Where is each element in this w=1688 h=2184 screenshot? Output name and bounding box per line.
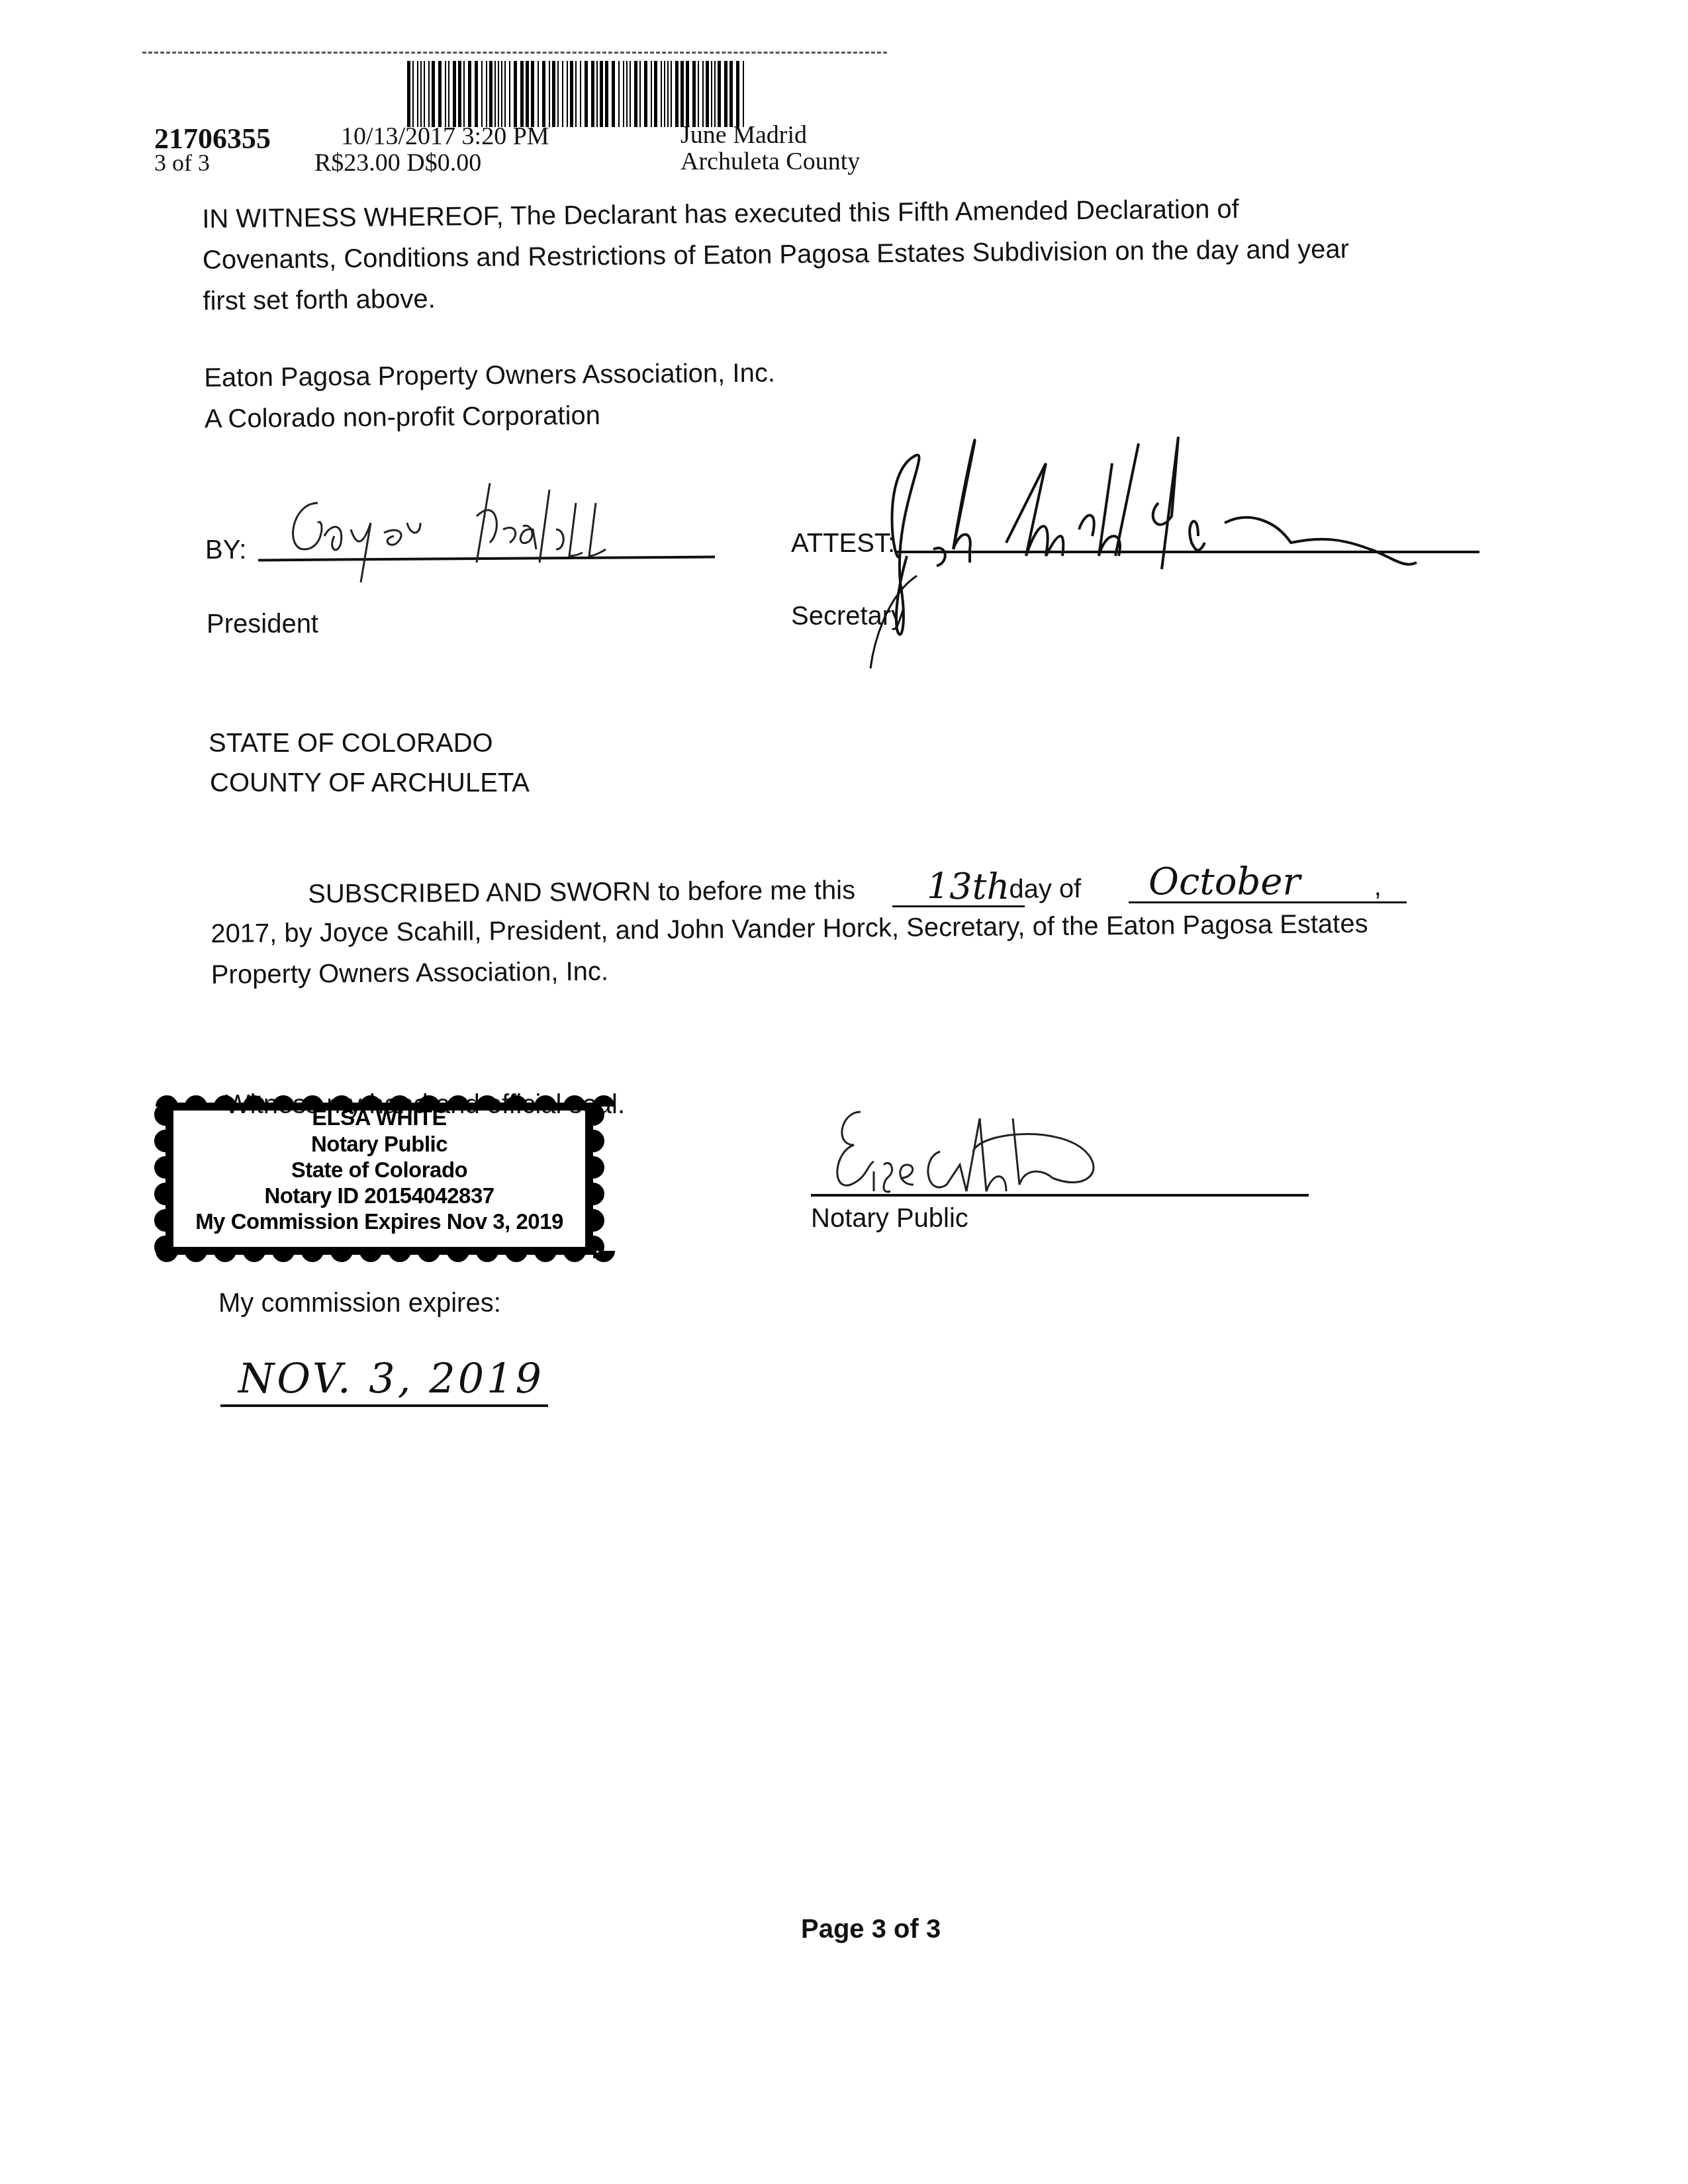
witness-paragraph: IN WITNESS WHEREOF, The Declarant has ex… — [202, 187, 1350, 322]
seal-title: Notary Public — [151, 1131, 608, 1157]
notary-signature — [821, 1105, 1192, 1205]
day-of-label: day of — [1009, 874, 1081, 904]
seal-notary-id: Notary ID 20154042837 — [151, 1183, 608, 1208]
recording-county: Archuleta County — [680, 148, 860, 175]
stamp-text: ELSA WHITE Notary Public State of Colora… — [151, 1105, 608, 1234]
trailing-comma: , — [1374, 872, 1381, 901]
notary-seal: ELSA WHITE Notary Public State of Colora… — [151, 1092, 608, 1265]
clerk-name: June Madrid — [680, 122, 807, 148]
commission-expires-label: My commission expires: — [218, 1283, 501, 1324]
organization-name: Eaton Pagosa Property Owners Association… — [204, 352, 775, 398]
acknowledgment-body: 2017, by Joyce Scahill, President, and J… — [211, 903, 1368, 995]
page-number: Page 3 of 3 — [801, 1913, 941, 1946]
seal-name: ELSA WHITE — [151, 1105, 608, 1131]
acknowledgment-lead: SUBSCRIBED AND SWORN to before me this — [308, 876, 855, 909]
seal-state: State of Colorado — [151, 1157, 608, 1183]
handwritten-month: October — [1149, 860, 1300, 903]
recording-fees: R$23.00 D$0.00 — [314, 150, 481, 176]
page-count: 3 of 3 — [154, 151, 210, 175]
president-label: President — [207, 604, 318, 645]
commission-expires-handwritten: NOV. 3, 2019 — [238, 1355, 544, 1402]
secretary-label: Secretary — [791, 596, 904, 637]
organization-block: Eaton Pagosa Property Owners Association… — [204, 352, 776, 439]
recorded-datetime: 10/13/2017 3:20 PM — [341, 123, 549, 150]
notary-public-label: Notary Public — [811, 1198, 968, 1239]
handwritten-day: 13th — [927, 866, 1009, 907]
organization-type: A Colorado non-profit Corporation — [205, 393, 776, 439]
president-signature — [278, 477, 728, 589]
venue-state: STATE OF COLORADO — [209, 723, 493, 764]
commission-expires-line — [220, 1404, 548, 1407]
barcode-icon — [407, 61, 750, 127]
notary-signature-line — [811, 1194, 1309, 1197]
secretary-signature — [854, 424, 1489, 675]
by-label: BY: — [205, 529, 246, 570]
venue-county: COUNTY OF ARCHULETA — [210, 762, 530, 803]
recording-rule — [142, 52, 887, 54]
seal-expires: My Commission Expires Nov 3, 2019 — [151, 1208, 608, 1234]
